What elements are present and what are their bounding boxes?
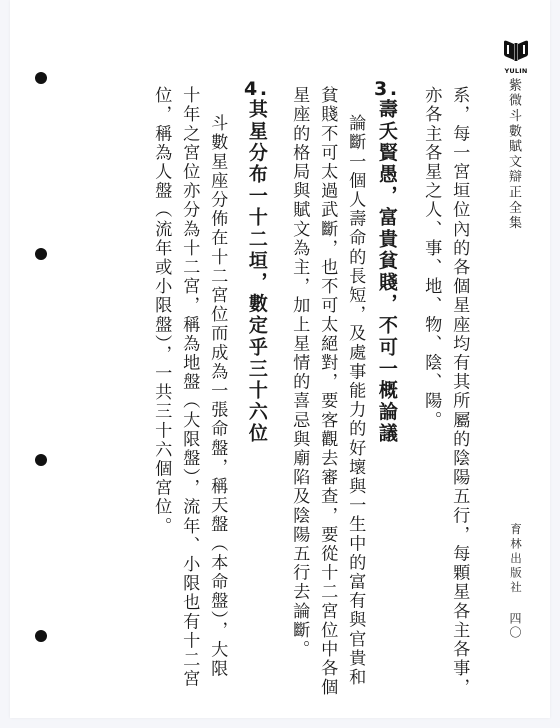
section-number: 4.	[244, 80, 270, 99]
book-title: 紫微斗數賦文辯正全集	[504, 78, 523, 231]
text-line: 位，稱為人盤（流年或小限盤），一共三十六個宮位。	[152, 86, 169, 536]
text-line: 斗數星座分佈在十二宮位而成為一張命盤，稱天盤（本命盤），大限	[208, 114, 225, 678]
logo-text: YULIN	[501, 67, 531, 75]
section-4-heading: 4.其星分布一十二垣，數定乎三十六位	[244, 80, 270, 445]
section-title: 壽夭賢愚，富貴貧賤，不可一概論議	[376, 99, 398, 445]
binding-hole	[35, 630, 47, 642]
page-number: 四〇	[507, 612, 524, 640]
text-line: 論斷一個人壽命的長短，及處事能力的好壞與一生中的富有與官貴和	[346, 114, 363, 687]
publisher-logo: YULIN	[501, 40, 531, 75]
book-page: YULIN 紫微斗數賦文辯正全集 育林出版社 四〇 系，每一宮垣位內的各個星座均…	[10, 0, 550, 718]
text-line: 十年之宮位亦分為十二宮，稱為地盤（大限盤），流年、小限也有十二宮	[180, 86, 197, 689]
binding-hole	[35, 454, 47, 466]
text-line: 系，每一宮垣位內的各個星座均有其所屬的陰陽五行，每顆星各主各事，	[450, 86, 467, 697]
binding-hole	[35, 72, 47, 84]
text-line: 星座的格局與賦文為主，加上星情的喜忌與廟陷及陰陽五行去論斷。	[290, 86, 307, 659]
publisher-name: 育林出版社	[508, 523, 524, 596]
section-number: 3.	[374, 80, 400, 99]
text-line: 亦各主各星之人、事、地、物、陰、陽。	[422, 86, 439, 430]
text-line: 貧賤不可太過武斷，也不可太絕對，要客觀去審查，要從十二宮位中各個	[318, 86, 335, 697]
binding-hole	[35, 248, 47, 260]
section-title: 其星分布一十二垣，數定乎三十六位	[246, 99, 268, 445]
section-3-heading: 3.壽夭賢愚，富貴貧賤，不可一概論議	[374, 80, 400, 445]
yulin-book-icon	[502, 40, 530, 62]
